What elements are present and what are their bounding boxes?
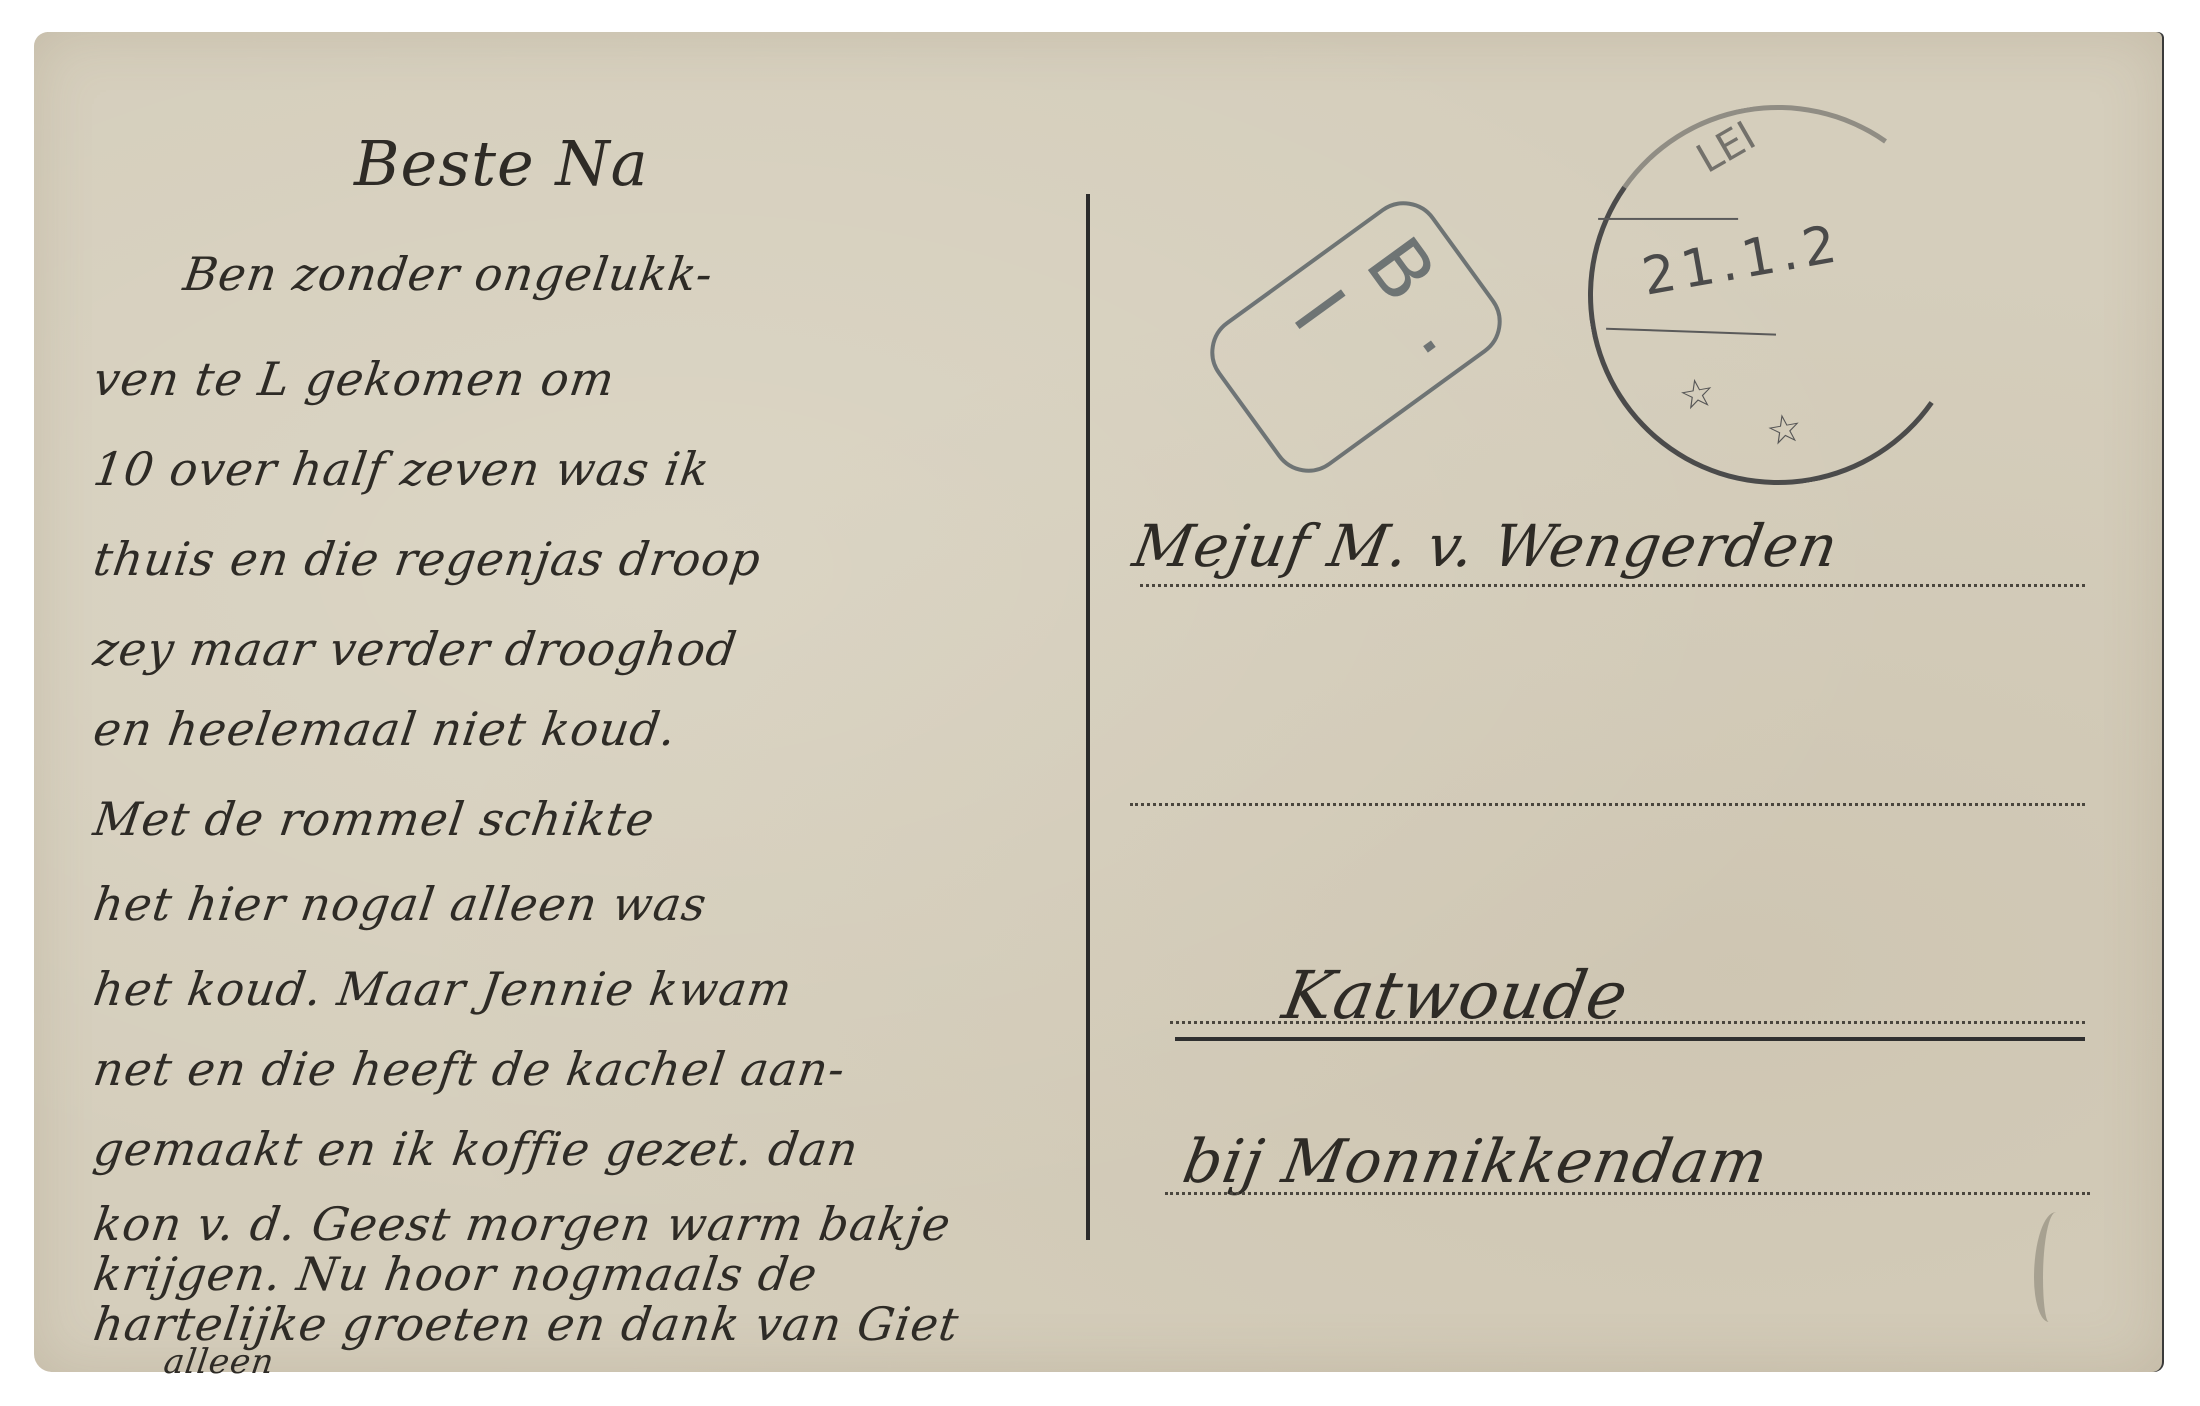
address-line-3 [1170, 1021, 2085, 1024]
message-line: alleen [161, 1342, 277, 1382]
message-line: het koud. Maar Jennie kwam [90, 962, 796, 1016]
address-line-2 [1130, 803, 2085, 806]
message-line: gemaakt en ik koffie gezet. dan [90, 1122, 862, 1176]
postcard-back: Beste Na Ben zonder ongelukk- ven te L g… [34, 32, 2162, 1372]
message-line: ven te L gekomen om [90, 352, 618, 406]
message-line: net en die heeft de kachel aan- [90, 1042, 849, 1096]
message-line: 10 over half zeven was ik [90, 442, 713, 496]
ink-smudge [2034, 1212, 2071, 1322]
address-region: bij Monnikkendam [1178, 1127, 1774, 1197]
postmark: LEI 21.1.2 ☆ ☆ [1558, 75, 1998, 515]
b-i-stamp-text: B. I [1275, 222, 1538, 490]
address-name: Mejuf M. v. Wengerden [1128, 512, 1844, 580]
greeting: Beste Na [354, 127, 649, 200]
address-line-1 [1140, 584, 2085, 587]
address-line-4 [1165, 1192, 2090, 1195]
star-icon: ☆ [1675, 368, 1718, 421]
message-line: het hier nogal alleen was [90, 877, 710, 931]
postmark-town: LEI [1689, 113, 1763, 183]
b-i-stamp: B. I [1195, 186, 1516, 488]
message-line: krijgen. Nu hoor nogmaals de [90, 1247, 821, 1301]
message-line: Met de rommel schikte [90, 792, 658, 846]
postmark-bar [1598, 218, 1738, 220]
postmark-bar [1606, 328, 1776, 336]
address-underline [1175, 1037, 2085, 1041]
star-icon: ☆ [1763, 403, 1806, 456]
postmark-date: 21.1.2 [1638, 214, 1847, 308]
message-line: zey maar verder drooghod [90, 622, 740, 676]
message-line: thuis en die regenjas droop [90, 532, 764, 586]
message-line: en heelemaal niet koud. [90, 702, 680, 756]
message-line: kon v. d. Geest morgen warm bakje [90, 1197, 954, 1251]
divider-line [1086, 194, 1090, 1240]
message-line: Ben zonder ongelukk- [180, 247, 717, 301]
